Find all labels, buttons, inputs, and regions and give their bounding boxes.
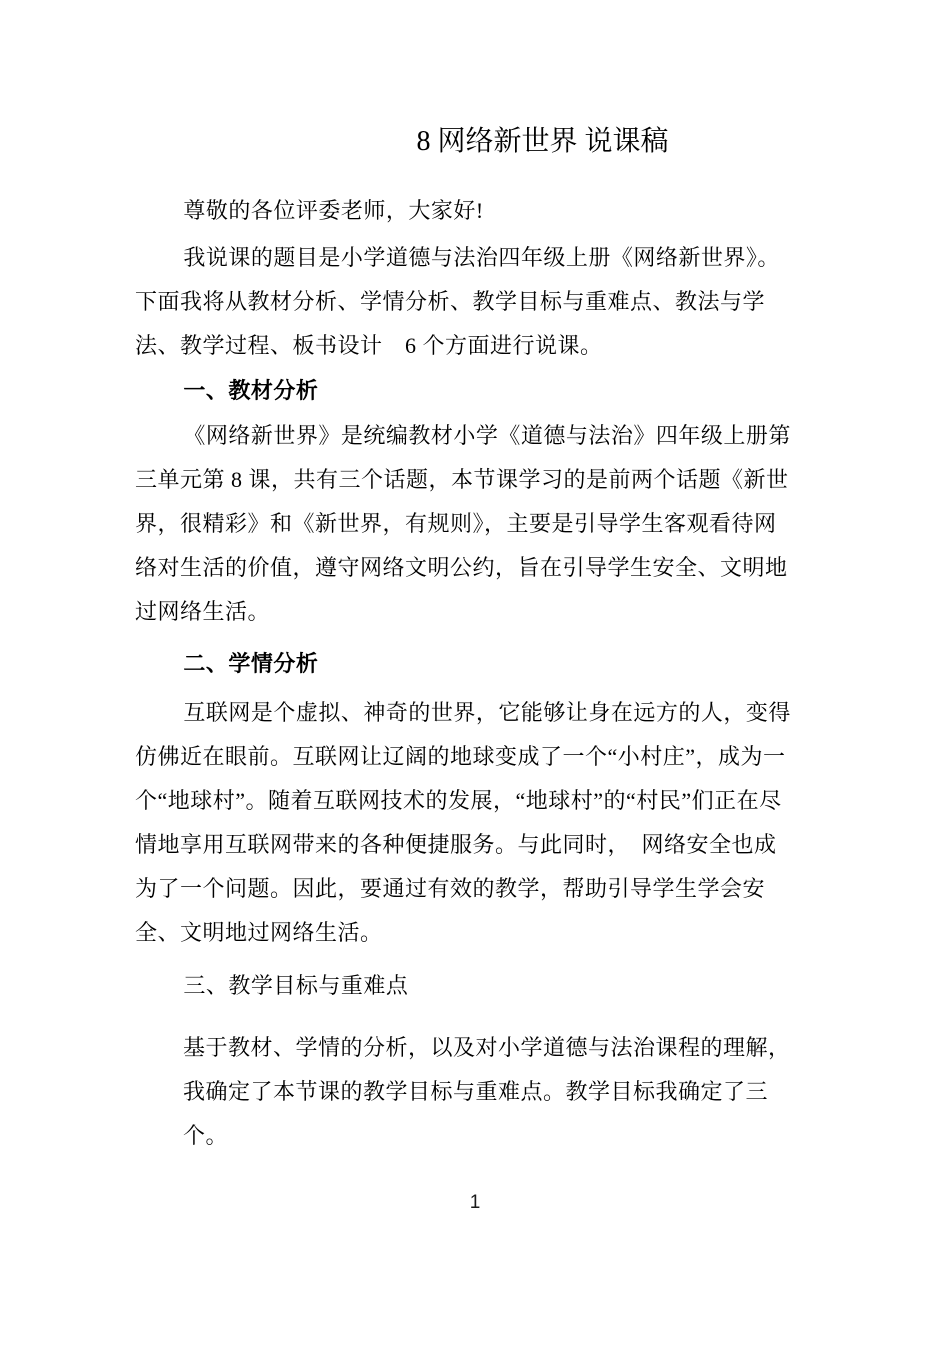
section-body-teaching-objectives: 基于教材、学情的分析，以及对小学道德与法治课程的理解，我确定了本节课的教学目标与…: [183, 1026, 799, 1158]
document-page: 8 网络新世界 说课稿 尊敬的各位评委老师，大家好! 我说课的题目是小学道德与法…: [0, 0, 950, 1345]
page-number: 1: [0, 1191, 950, 1215]
section-heading-material-analysis: 一、教材分析: [135, 369, 795, 413]
page-title: 8 网络新世界 说课稿: [280, 126, 805, 158]
paragraph-greeting: 尊敬的各位评委老师，大家好!: [135, 189, 795, 233]
section-body-learner-analysis: 互联网是个虚拟、神奇的世界，它能够让身在远方的人，变得仿佛近在眼前。互联网让辽阔…: [135, 691, 795, 955]
paragraph-overview: 我说课的题目是小学道德与法治四年级上册《网络新世界》。下面我将从教材分析、学情分…: [135, 236, 795, 368]
section-body-material-analysis: 《网络新世界》是统编教材小学《道德与法治》四年级上册第三单元第 8 课，共有三个…: [135, 414, 795, 634]
section-heading-teaching-objectives: 三、教学目标与重难点: [135, 964, 795, 1008]
section-heading-learner-analysis: 二、学情分析: [135, 642, 795, 686]
